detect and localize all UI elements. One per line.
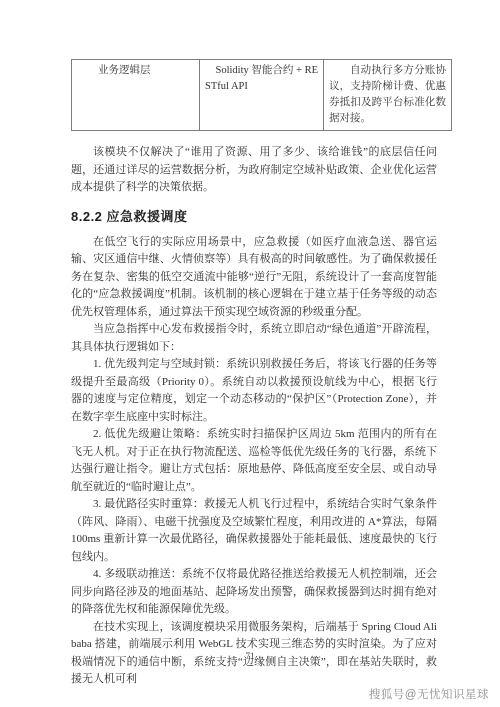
page-content: 业务逻辑层 Solidity 智能合约 + RESTful API 自动执行多方…: [71, 59, 437, 689]
body-paragraph-3: 当应急指挥中心发布救援指令时，系统立即启动“绿色通道”开辟流程，其具体执行逻辑如…: [71, 321, 437, 356]
table-row: 业务逻辑层 Solidity 智能合约 + RESTful API 自动执行多方…: [72, 60, 452, 131]
table-cell-layer-name: 业务逻辑层: [72, 60, 200, 131]
page-number: 71: [0, 651, 500, 661]
body-paragraph-2: 在低空飞行的实际应用场景中，应急救援（如医疗血液急送、器官运输、灾区通信中继、火…: [71, 234, 437, 322]
architecture-table: 业务逻辑层 Solidity 智能合约 + RESTful API 自动执行多方…: [71, 59, 452, 131]
list-item-1: 1. 优先级判定与空域封锁：系统识别救援任务后，将该飞行器的任务等级提升至最高级…: [71, 356, 437, 426]
list-item-2: 2. 低优先级避让策略：系统实时扫描保护区周边 5km 范围内的所有在飞无人机。…: [71, 426, 437, 496]
table-cell-description: 自动执行多方分账协议，支持阶梯计费、优惠券抵扣及跨平台标准化数据对接。: [324, 60, 452, 131]
table-cell-tech-stack: Solidity 智能合约 + RESTful API: [200, 60, 324, 131]
list-item-3: 3. 最优路径实时重算：救援无人机飞行过程中，系统结合实时气象条件（阵风、降雨）…: [71, 496, 437, 566]
body-paragraph-1: 该模块不仅解决了“谁用了资源、用了多少、该给谁钱”的底层信任问题，还通过详尽的运…: [71, 144, 437, 197]
list-item-4: 4. 多级联动推送：系统不仅将最优路径推送给救援无人机控制端，还会同步向路径涉及…: [71, 566, 437, 619]
section-heading-8-2-2: 8.2.2 应急救援调度: [71, 206, 437, 225]
document-page: 业务逻辑层 Solidity 智能合约 + RESTful API 自动执行多方…: [0, 0, 500, 707]
watermark: 搜狐号@无忧知识星球: [369, 686, 489, 702]
